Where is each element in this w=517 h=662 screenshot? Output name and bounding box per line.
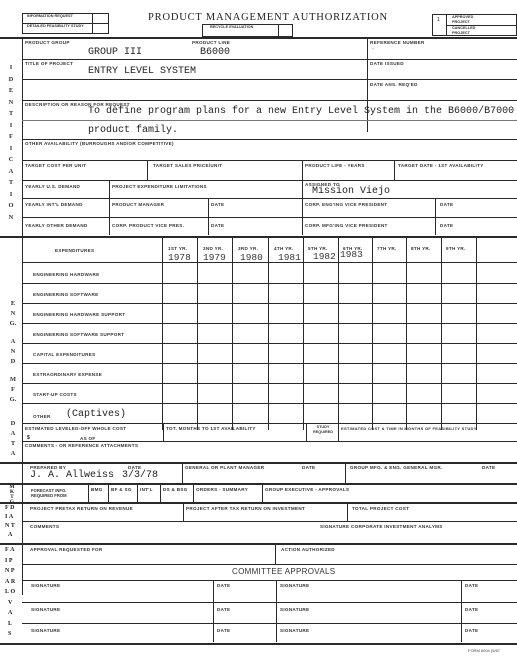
product-manager-label: PRODUCT MANAGER: [112, 202, 164, 207]
description-line-2[interactable]: product family.: [88, 125, 178, 136]
row-engineering-software: ENGINEERING SOFTWARE: [33, 292, 98, 297]
gen-plant-date-label: DATE: [302, 465, 315, 470]
reference-number-field[interactable]: -: [372, 46, 374, 52]
target-cost-label: TARGET COST PER UNIT: [25, 163, 86, 168]
checkbox-info-request-label: INFORMATION REQUEST: [27, 14, 87, 19]
side-label-financial-data: F DI AN T A: [5, 504, 15, 540]
expenditure-limits-label: PROJECT EXPENDITURE LIMITATIONS: [112, 184, 207, 189]
group-mfg-date-label: DATE: [482, 465, 495, 470]
form-title: PRODUCT MANAGEMENT AUTHORIZATION: [148, 12, 388, 23]
prepared-date-field[interactable]: 3/3/78: [122, 470, 158, 481]
date-2-label: DATE: [465, 583, 478, 588]
total-project-cost-label: TOTAL PROJECT COST: [352, 506, 409, 511]
signature-3-label: SIGNATURE: [31, 607, 60, 612]
forecast-col-dsbsg: DS & BSG: [163, 487, 188, 492]
year-5-value[interactable]: 1982: [313, 251, 336, 262]
yearly-intl-demand-label: YEARLY INT'L DEMAND: [25, 202, 83, 207]
description-line-1[interactable]: To define program plans for a new Entry …: [88, 106, 514, 117]
checkbox-feasibility[interactable]: [93, 24, 108, 33]
signature-2-label: SIGNATURE: [280, 583, 309, 588]
leveled-cost-label: ESTIMATED LEVELED-OFF WHOLE COST: [25, 426, 126, 431]
date-3-label: DATE: [217, 607, 230, 612]
checkbox-feasibility-label: DETAILED FEASIBILITY STUDY: [27, 24, 89, 29]
date-5-label: DATE: [217, 628, 230, 633]
forecast-col-bmg: BMG: [91, 487, 103, 492]
row-other: OTHER: [33, 414, 51, 419]
corp-mfg-vp-label: CORP. MFG'ING VICE PRESIDENT: [305, 223, 388, 228]
comments-attachments-label: COMMENTS - OR REFERENCE ATTACHMENTS: [25, 443, 138, 448]
corp-product-vp-date-label: DATE: [211, 223, 224, 228]
date-ans-reqd-label: DATE ANS. REQ'ED: [370, 82, 418, 87]
row-engineering-hardware: ENGINEERING HARDWARE: [33, 272, 100, 277]
corp-mfg-vp-date-label: DATE: [440, 223, 453, 228]
yearly-us-demand-label: YEARLY U.S. DEMAND: [25, 184, 80, 189]
orders-summary-label: ORDERS - SUMMARY: [196, 487, 248, 492]
project-title-field[interactable]: ENTRY LEVEL SYSTEM: [88, 66, 196, 77]
date-ans-reqd-field[interactable]: [368, 88, 517, 99]
study-required-label: STUDY REQUIRED: [310, 425, 336, 434]
product-life-label: PRODUCT LIFE - YEARS: [305, 163, 365, 168]
product-group-field[interactable]: GROUP III: [88, 47, 142, 58]
product-line-field[interactable]: B6000: [200, 47, 230, 58]
title-continuation-field[interactable]: [23, 80, 366, 99]
signature-6-label: SIGNATURE: [280, 628, 309, 633]
product-line-label: PRODUCT LINE: [192, 40, 230, 45]
form-number: FORM 6004 (5/67: [468, 648, 500, 653]
yearly-other-demand-label: YEARLY OTHER DEMAND: [25, 223, 88, 228]
action-authorized-label: ACTION AUTHORIZED: [281, 547, 335, 552]
signature-4-label: SIGNATURE: [280, 607, 309, 612]
date-1-label: DATE: [217, 583, 230, 588]
corp-product-vp-label: CORP. PRODUCT VICE PRES.: [112, 223, 184, 228]
year-6-value[interactable]: 1983: [340, 249, 363, 260]
side-label-data: D A T A: [8, 420, 18, 460]
signature-5-label: SIGNATURE: [31, 628, 60, 633]
forecast-col-bfsg: BF & SG: [111, 487, 132, 492]
checkbox-recycle[interactable]: [279, 25, 292, 36]
approval-requested-label: APPROVAL REQUESTED FOR: [30, 547, 103, 552]
months-to-availability-label: TOT. MONTHS TO 1ST AVAILABILITY: [166, 426, 256, 431]
group-mfg-label: GROUP MFG. & ENG. GENERAL MGR.: [350, 465, 443, 470]
est-cost-time-label: ESTIMATED COST & TIME IN MONTHS OF FEASI…: [341, 426, 477, 431]
checkbox-cancelled-label: CANCELLED PROJECT: [452, 26, 492, 35]
committee-approvals-title: COMMITTEE APPROVALS: [232, 567, 335, 576]
forecast-info-label: FORECAST INFO. REQUIRED FROM: [31, 489, 81, 498]
checkbox-info-request[interactable]: [93, 14, 108, 23]
row-eng-software-support: ENGINEERING SOFTWARE SUPPORT: [33, 332, 124, 337]
row-extraordinary-expense: EXTRAORDINARY EXPENSE: [33, 372, 102, 377]
financial-comments-label: COMMENTS: [30, 524, 59, 529]
pretax-return-label: PROJECT PRETAX RETURN ON REVENUE: [30, 506, 133, 511]
gen-plant-mgr-label: GENERAL OR PLANT MANAGER: [185, 465, 264, 470]
row-eng-hardware-support: ENGINEERING HARDWARE SUPPORT: [33, 312, 125, 317]
signature-analyst-label: SIGNATURE CORPORATE INVESTMENT ANALYMS: [320, 524, 443, 529]
target-sales-label: TARGET SALES PRICE/UNIT: [153, 163, 222, 168]
product-manager-date-label: DATE: [211, 202, 224, 207]
date-issued-label: DATE ISSUED: [370, 61, 404, 66]
prepared-by-field[interactable]: J. A. Allweiss: [30, 470, 114, 481]
expenditures-header: EXPENDITURES: [55, 248, 94, 253]
row-start-up-costs: START-UP COSTS: [33, 392, 77, 397]
comments-attachments-field[interactable]: [23, 449, 517, 461]
assigned-to-field[interactable]: Mission Viejo: [312, 186, 390, 197]
other-availability-label: OTHER AVAILABILITY (BURROUGHS AND/OR COM…: [25, 141, 174, 146]
date-4-label: DATE: [465, 607, 478, 612]
date-6-label: DATE: [465, 628, 478, 633]
side-label-identification: I D E N T I F I C A T I O N: [6, 64, 16, 225]
checkbox-recycle-label: RECYCLE EVALUATION: [210, 25, 260, 30]
row-other-note[interactable]: (Captives): [66, 409, 126, 420]
signature-1-label: SIGNATURE: [31, 583, 60, 588]
approved-mark: 1: [437, 17, 440, 23]
project-title-label: TITLE OF PROJECT: [25, 61, 73, 66]
corp-eng-vp-date-label: DATE: [440, 202, 453, 207]
reference-number-label: REFERENCE NUMBER: [370, 40, 425, 45]
side-label-final-approvals: F AI PN PA RL O V A L S: [5, 545, 15, 640]
forecast-col-intl: INT'L: [140, 487, 153, 492]
row-capital-expenditures: CAPITAL EXPENDITURES: [33, 352, 96, 357]
checkbox-approved-label: APPROVED PROJECT: [452, 15, 492, 24]
date-issued-field[interactable]: [368, 67, 517, 79]
product-group-label: PRODUCT GROUP: [25, 40, 70, 45]
target-date-label: TARGET DATE - 1ST AVAILABILITY: [398, 163, 484, 168]
corp-eng-vp-label: CORP. ENG'ING VICE PRESIDENT: [305, 202, 387, 207]
other-availability-field[interactable]: [23, 147, 517, 159]
side-label-eng-mfg: E N G. A N D M F G.: [8, 300, 18, 412]
group-exec-approvals-label: GROUP EXECUTIVE - APPROVALS: [265, 487, 349, 492]
aftertax-return-label: PROJECT AFTER TAX RETURN ON INVESTMENT: [186, 506, 305, 511]
